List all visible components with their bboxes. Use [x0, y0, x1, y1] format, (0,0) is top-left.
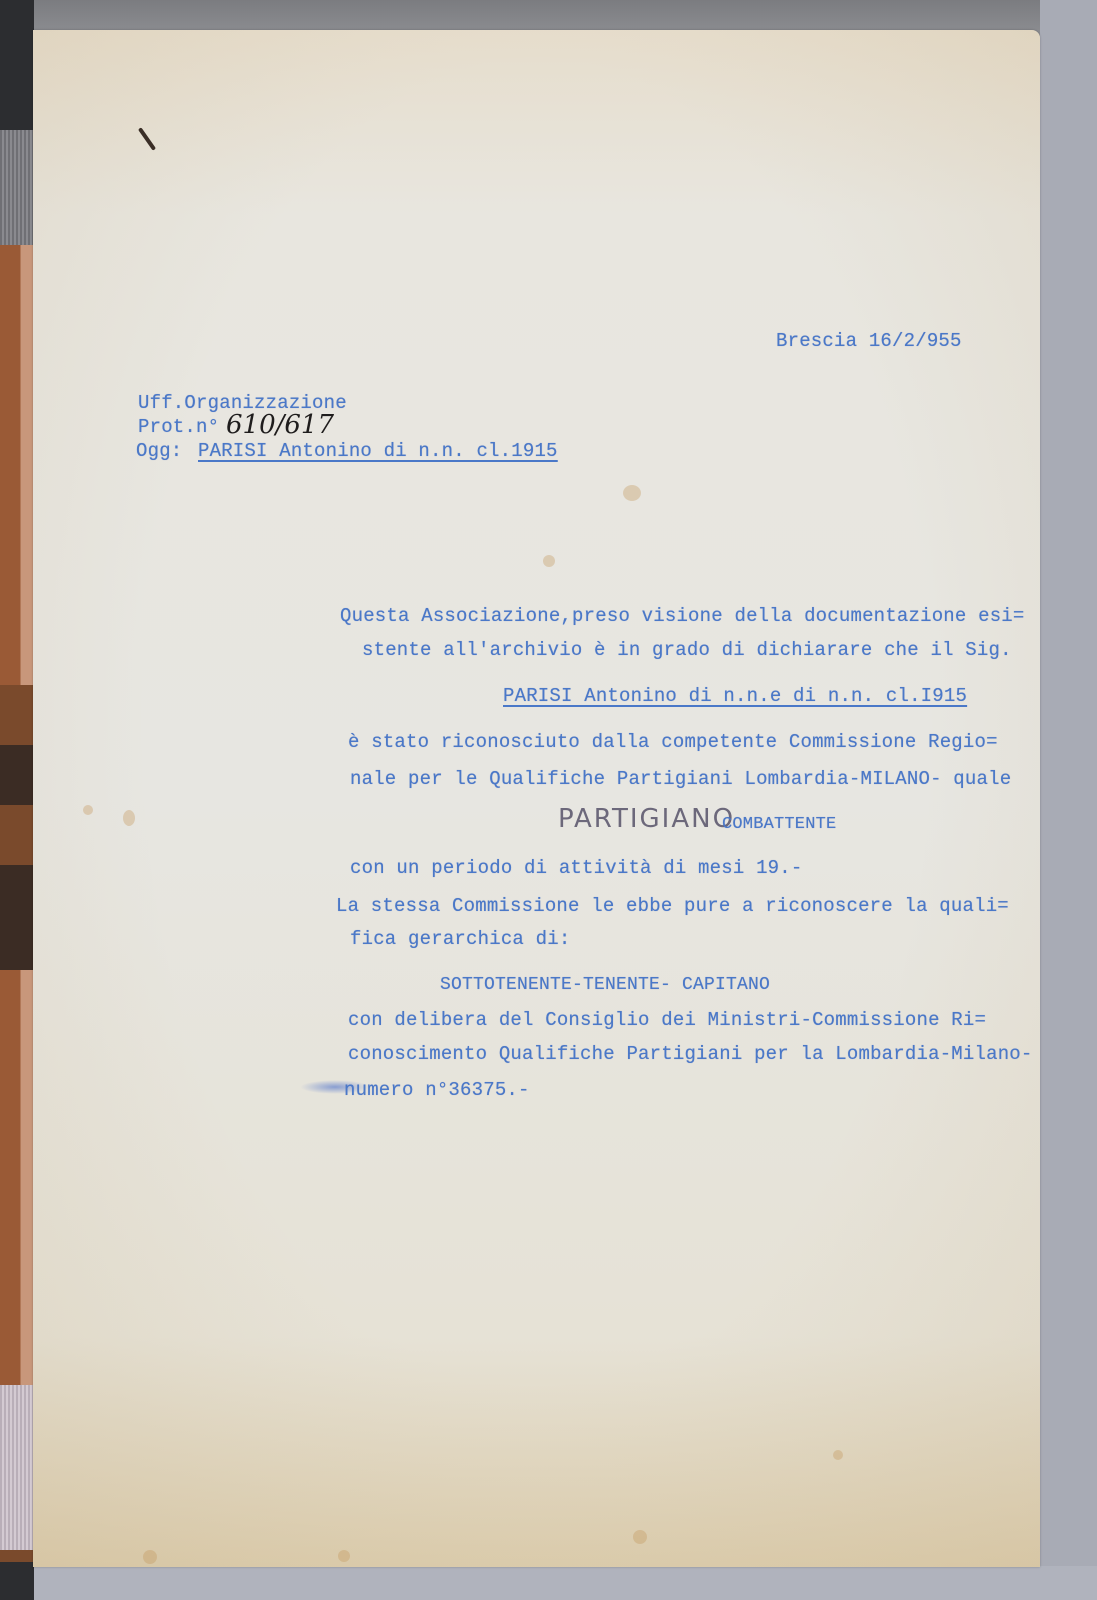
protocol-label: Prot.n° — [138, 418, 219, 437]
binding-segment — [0, 1562, 34, 1600]
foxing-spot — [123, 810, 135, 826]
body-line-5: con un periodo di attività di mesi 19.- — [350, 859, 802, 878]
place-date: Brescia 16/2/955 — [776, 332, 962, 351]
binding-segment — [0, 130, 34, 245]
ranks-line: SOTTOTENENTE-TENENTE- CAPITANO — [440, 976, 770, 994]
binding-segment — [0, 865, 34, 970]
body-line-7: fica gerarchica di: — [350, 930, 570, 949]
foxing-spot — [543, 555, 555, 567]
backdrop-bottom — [33, 1566, 1097, 1600]
binding-segment — [0, 1385, 34, 1550]
binding-segment — [0, 1550, 34, 1562]
foxing-spot — [633, 1530, 647, 1544]
body-line-1: Questa Associazione,preso visione della … — [340, 607, 1025, 626]
foxing-spot — [338, 1550, 350, 1562]
document-page — [33, 30, 1040, 1567]
body-line-2: stente all'archivio è in grado di dichia… — [362, 641, 1012, 660]
binding-segment — [0, 970, 34, 1385]
partigiano-stamp: PARTIGIANO — [558, 806, 735, 832]
binding-strip — [0, 0, 34, 1600]
body-line-6: La stessa Commissione le ebbe pure a ric… — [336, 897, 1009, 916]
foxing-spot — [833, 1450, 843, 1460]
binding-segment — [0, 0, 34, 130]
body-line-8: con delibera del Consiglio dei Ministri-… — [348, 1011, 986, 1030]
binding-segment — [0, 805, 34, 865]
body-line-3: è stato riconosciuto dalla competente Co… — [348, 733, 998, 752]
combattente-typed: COMBATTENTE — [722, 816, 836, 833]
subject-line: PARISI Antonino di n.n. cl.1915 — [198, 442, 558, 461]
body-line-10: numero n°36375.- — [344, 1081, 530, 1100]
protocol-number-handwritten: 610/617 — [226, 412, 334, 438]
ink-mark — [138, 127, 156, 151]
subject-label: Ogg: — [136, 442, 182, 461]
foxing-spot — [623, 485, 641, 501]
binding-segment — [0, 245, 34, 685]
body-line-9: conoscimento Qualifiche Partigiani per l… — [348, 1045, 1033, 1064]
foxing-spot — [83, 805, 93, 815]
binding-segment — [0, 685, 34, 745]
backdrop-right — [1040, 0, 1097, 1600]
person-name-line: PARISI Antonino di n.n.e di n.n. cl.I915 — [503, 687, 967, 706]
binding-segment — [0, 745, 34, 805]
body-line-4: nale per le Qualifiche Partigiani Lombar… — [350, 770, 1011, 789]
foxing-spot — [143, 1550, 157, 1564]
